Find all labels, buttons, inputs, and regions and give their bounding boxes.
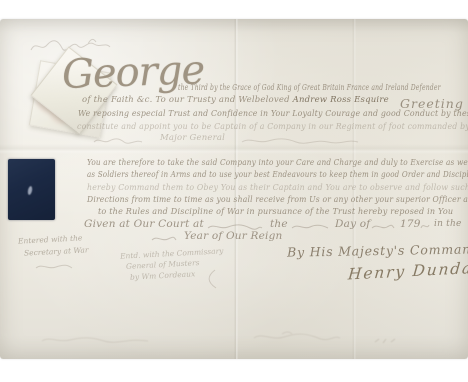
body-line: to the Rules and Discipline of War in pu… (98, 207, 453, 217)
illegible-insert-scrawl (240, 136, 360, 146)
majesty-command-line: By His Majesty's Command (287, 241, 468, 259)
given-at-court: Given at Our Court at (84, 218, 204, 230)
commander-fragment: Major General (160, 133, 225, 143)
faith-clause: of the Faith &c. To our Trusty and Welbe… (82, 95, 293, 105)
body-line: hereby Command them to Obey You as their… (87, 183, 468, 193)
show-through-marks (40, 334, 150, 346)
year-of-reign: Year of Our Reign (184, 230, 283, 242)
annotation-flourish (205, 268, 219, 290)
day-of-label: Day of (335, 218, 370, 230)
show-through-marks (252, 330, 342, 344)
in-the-fragment: in the (434, 219, 461, 229)
day-number-scrawl (290, 222, 330, 232)
trust-clause-line: We reposing especial Trust and Confidenc… (78, 109, 468, 119)
stamp-fleck (27, 186, 33, 196)
year-fragment: 179 (400, 218, 421, 230)
regnal-ordinal-scrawl (150, 234, 178, 244)
given-the: the (270, 218, 288, 230)
horizontal-fold-crease (0, 144, 468, 154)
grantee-name: Andrew Ross Esquire (293, 95, 389, 105)
clerk-signature-scrawl (34, 262, 74, 272)
heading-continuation: the Third by the Grace of God King of Gr… (178, 83, 441, 92)
month-scrawl (370, 222, 396, 232)
year-digit-scrawl (419, 221, 431, 231)
salutation-line: of the Faith &c. To our Trusty and Welbe… (82, 95, 389, 105)
blue-revenue-stamp (8, 159, 55, 220)
commission-document-photo: George the Third by the Grace of God Kin… (0, 0, 468, 382)
illegible-insert-scrawl (92, 136, 144, 146)
body-line: Directions from time to time as you shal… (87, 195, 468, 205)
body-line: as Soldiers thereof in Arms and to use y… (87, 170, 468, 180)
show-through-marks (373, 337, 399, 345)
body-line: You are therefore to take the said Compa… (87, 158, 468, 168)
appointment-clause-line: constitute and appoint you to be Captain… (77, 122, 468, 132)
